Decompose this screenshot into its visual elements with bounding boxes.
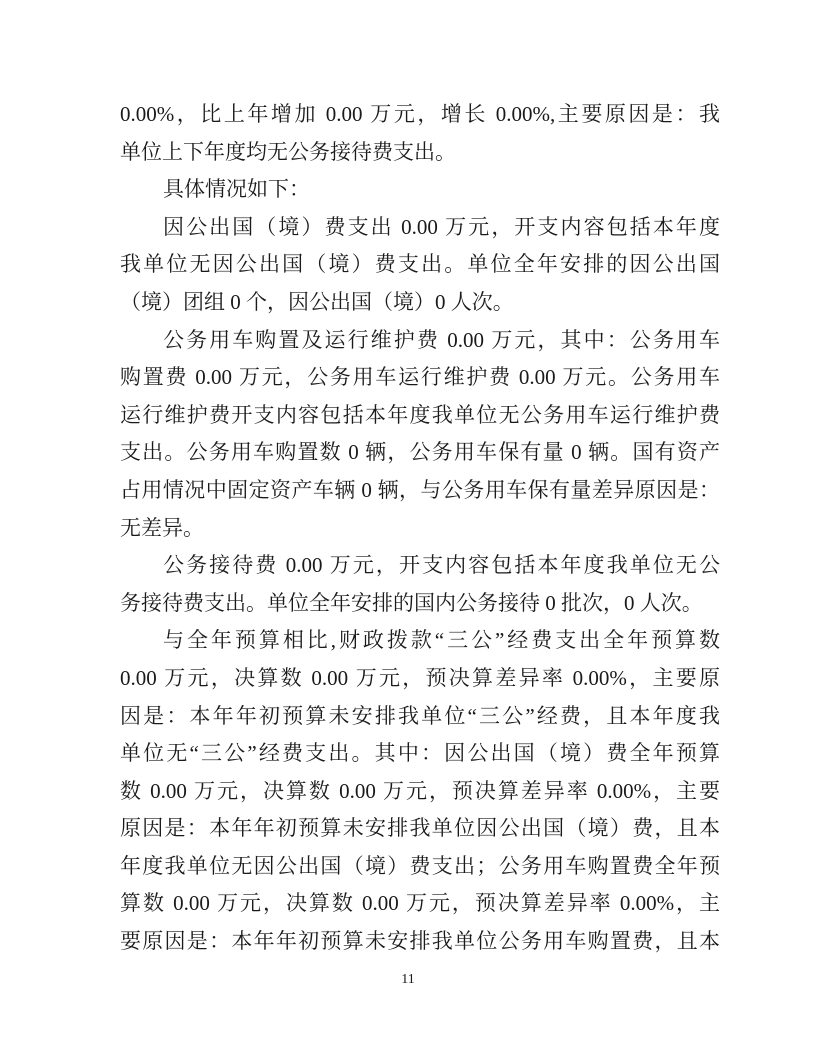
text-line: 因是：本年年初预算未安排我单位“三公”经费，且本年度我 [120, 698, 720, 736]
text-line: 与全年预算相比,财政拨款“三公”经费支出全年预算数 [120, 622, 720, 660]
text-line: 单位上下年度均无公务接待费支出。 [120, 134, 720, 172]
text-line: 原因是：本年年初预算未安排我单位因公出国（境）费，且本 [120, 810, 720, 848]
document-page: 0.00%，比上年增加 0.00 万元，增长 0.00%,主要原因是：我 单位上… [0, 0, 816, 1056]
text-line: 年度我单位无因公出国（境）费支出；公务用车购置费全年预 [120, 848, 720, 886]
text-line: 具体情况如下： [120, 171, 720, 209]
text-line: 0.00%，比上年增加 0.00 万元，增长 0.00%,主要原因是：我 [120, 96, 720, 134]
text-line: 算数 0.00 万元，决算数 0.00 万元，预决算差异率 0.00%，主 [120, 885, 720, 923]
text-line: 无差异。 [120, 510, 720, 548]
text-line: 因公出国（境）费支出 0.00 万元，开支内容包括本年度 [120, 209, 720, 247]
text-line: 公务用车购置及运行维护费 0.00 万元，其中：公务用车 [120, 322, 720, 360]
text-line: 要原因是：本年年初预算未安排我单位公务用车购置费，且本 [120, 923, 720, 961]
page-number: 11 [401, 972, 414, 987]
text-line: 务接待费支出。单位全年安排的国内公务接待 0 批次，0 人次。 [120, 585, 720, 623]
text-line: 0.00 万元，决算数 0.00 万元，预决算差异率 0.00%，主要原 [120, 660, 720, 698]
text-line: 占用情况中固定资产车辆 0 辆，与公务用车保有量差异原因是： [120, 472, 720, 510]
text-line: 购置费 0.00 万元，公务用车运行维护费 0.00 万元。公务用车 [120, 359, 720, 397]
text-line: 公务接待费 0.00 万元，开支内容包括本年度我单位无公 [120, 547, 720, 585]
page-footer: 11 [0, 972, 816, 988]
text-line: 数 0.00 万元，决算数 0.00 万元，预决算差异率 0.00%，主要 [120, 773, 720, 811]
text-line: 我单位无因公出国（境）费支出。单位全年安排的因公出国 [120, 246, 720, 284]
text-line: 支出。公务用车购置数 0 辆，公务用车保有量 0 辆。国有资产 [120, 434, 720, 472]
text-line: 运行维护费开支内容包括本年度我单位无公务用车运行维护费 [120, 397, 720, 435]
text-line: （境）团组 0 个，因公出国（境）0 人次。 [120, 284, 720, 322]
document-body: 0.00%，比上年增加 0.00 万元，增长 0.00%,主要原因是：我 单位上… [120, 96, 720, 961]
text-line: 单位无“三公”经费支出。其中：因公出国（境）费全年预算 [120, 735, 720, 773]
